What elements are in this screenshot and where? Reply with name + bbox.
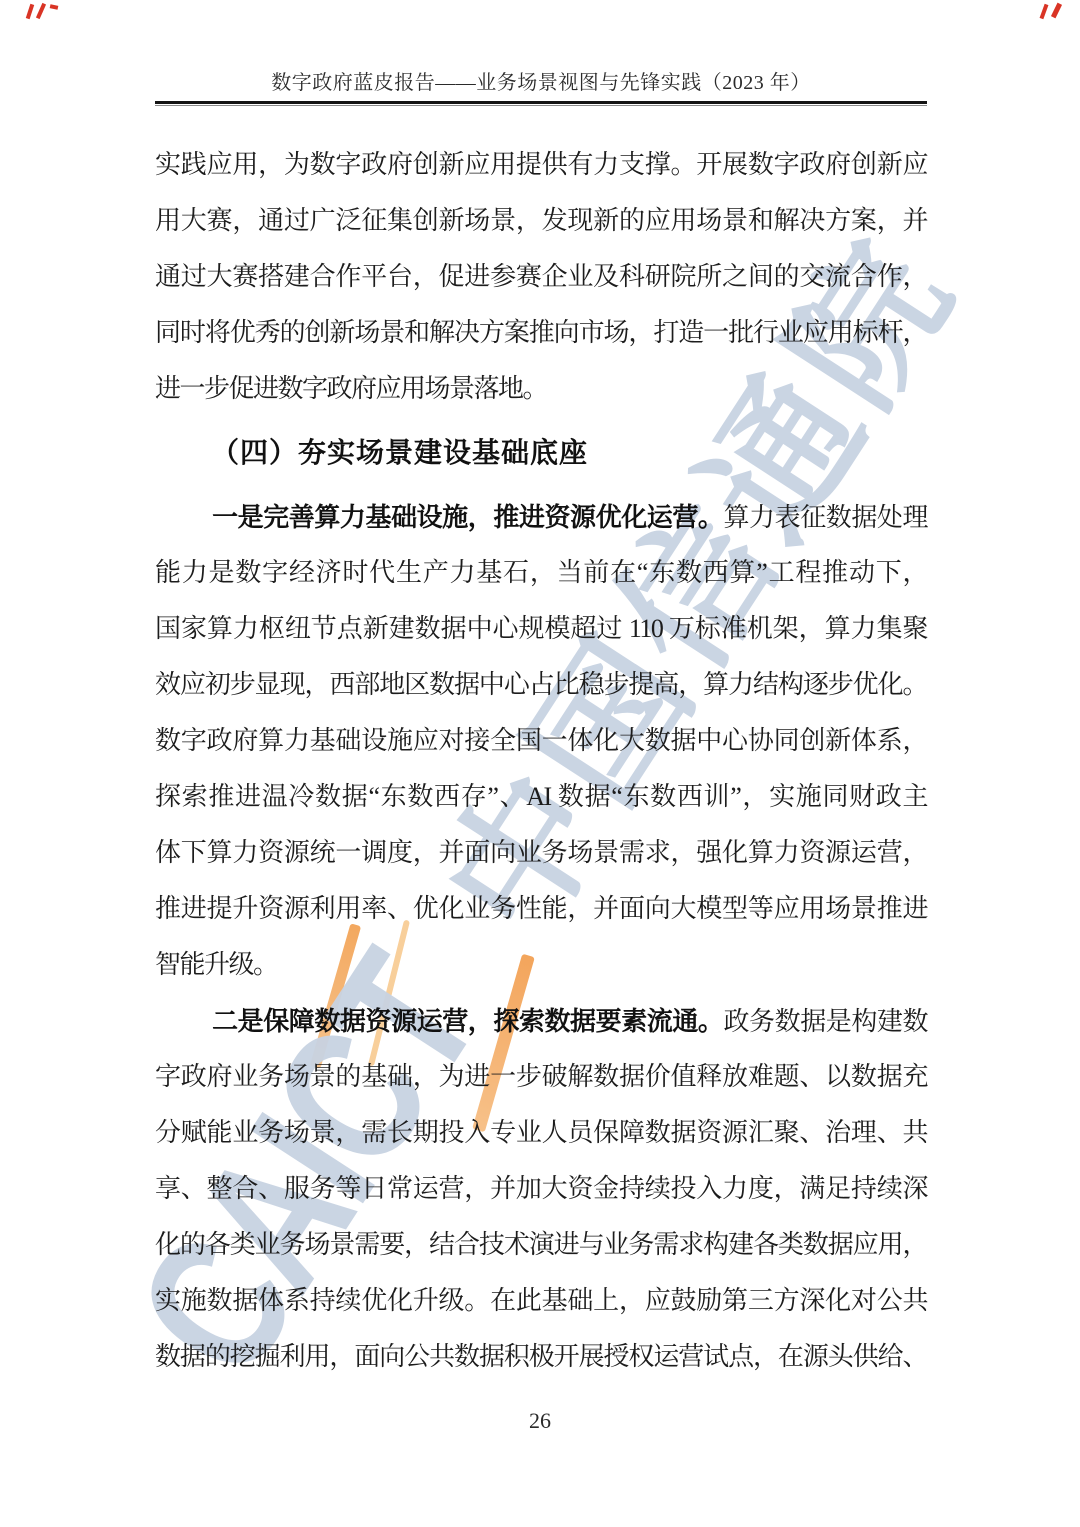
bold-lead-text: 一是完善算力基础设施，推进资源优化运营。 (211, 502, 723, 532)
section-heading: （四）夯实场景建设基础底座 (155, 425, 927, 481)
text-line: 化的各类业务场景需要，结合技术演进与业务需求构建各类数据应用， (155, 1217, 927, 1273)
body-text-segment: 体下算力资源统一调度，并面向业务场景需求，强化算力资源运营， (155, 838, 927, 867)
body-text-segment: 算力表征数据处理 (723, 503, 927, 532)
text-line: 分赋能业务场景，需长期投入专业人员保障数据资源汇聚、治理、共 (155, 1105, 927, 1161)
page-header: 数字政府蓝皮报告——业务场景视图与先锋实践（2023 年） (155, 68, 927, 106)
text-line: 进一步促进数字政府应用场景落地。 (155, 361, 927, 417)
text-line: 二是保障数据资源运营，探索数据要素流通。政务数据是构建数 (155, 993, 927, 1049)
text-line: 通过大赛搭建合作平台，促进参赛企业及科研院所之间的交流合作， (155, 249, 927, 305)
body-text-segment: 政务数据是构建数 (723, 1007, 927, 1036)
body-text-segment: 实施数据体系持续优化升级。在此基础上，应鼓励第三方深化对公共 (155, 1286, 927, 1315)
body-text-segment: 推进提升资源利用率、优化业务性能，并面向大模型等应用场景推进 (155, 894, 927, 923)
text-line: 智能升级。 (155, 937, 927, 993)
text-line: 国家算力枢纽节点新建数据中心规模超过 110 万标准机架，算力集聚 (155, 601, 927, 657)
bold-lead-text: （四）夯实场景建设基础底座 (211, 437, 588, 468)
body-text-segment: 同时将优秀的创新场景和解决方案推向市场，打造一批行业应用标杆， (155, 318, 927, 347)
text-line: 一是完善算力基础设施，推进资源优化运营。算力表征数据处理 (155, 489, 927, 545)
header-rule-shadow (155, 105, 927, 106)
red-corner-mark-right (1038, 3, 1070, 20)
text-line: 体下算力资源统一调度，并面向业务场景需求，强化算力资源运营， (155, 825, 927, 881)
body-text-segment: 国家算力枢纽节点新建数据中心规模超过 110 万标准机架，算力集聚 (155, 614, 927, 643)
text-line: 数据的挖掘利用，面向公共数据积极开展授权运营试点，在源头供给、 (155, 1329, 927, 1385)
text-line: 实施数据体系持续优化升级。在此基础上，应鼓励第三方深化对公共 (155, 1273, 927, 1329)
page-number: 26 (0, 1408, 1080, 1434)
body-text-segment: 字政府业务场景的基础，为进一步破解数据价值释放难题、以数据充 (155, 1062, 927, 1091)
body-text: 实践应用，为数字政府创新应用提供有力支撑。开展数字政府创新应用大赛，通过广泛征集… (155, 137, 927, 1385)
text-line: 字政府业务场景的基础，为进一步破解数据价值释放难题、以数据充 (155, 1049, 927, 1105)
document-page: { "page": { "header_title": "数字政府蓝皮报告——业… (0, 0, 1080, 1527)
body-text-segment: 探索推进温冷数据“东数西存”、AI 数据“东数西训”，实施同财政主 (155, 782, 927, 811)
body-text-segment: 用大赛，通过广泛征集创新场景，发现新的应用场景和解决方案，并 (155, 206, 927, 235)
header-rule (155, 101, 927, 104)
body-text-segment: 分赋能业务场景，需长期投入专业人员保障数据资源汇聚、治理、共 (155, 1118, 927, 1147)
body-text-segment: 智能升级。 (155, 950, 278, 979)
text-line: 效应初步显现，西部地区数据中心占比稳步提高，算力结构逐步优化。 (155, 657, 927, 713)
body-text-segment: 享、整合、服务等日常运营，并加大资金持续投入力度，满足持续深 (155, 1174, 927, 1203)
text-line: 推进提升资源利用率、优化业务性能，并面向大模型等应用场景推进 (155, 881, 927, 937)
text-line: 用大赛，通过广泛征集创新场景，发现新的应用场景和解决方案，并 (155, 193, 927, 249)
body-text-segment: 能力是数字经济时代生产力基石，当前在“东数西算”工程推动下， (155, 558, 927, 587)
text-line: 实践应用，为数字政府创新应用提供有力支撑。开展数字政府创新应 (155, 137, 927, 193)
body-text-segment: 效应初步显现，西部地区数据中心占比稳步提高，算力结构逐步优化。 (155, 670, 927, 699)
text-line: 能力是数字经济时代生产力基石，当前在“东数西算”工程推动下， (155, 545, 927, 601)
red-corner-mark-left (26, 3, 60, 21)
bold-lead-text: 二是保障数据资源运营，探索数据要素流通。 (211, 1006, 723, 1036)
body-text-segment: 实践应用，为数字政府创新应用提供有力支撑。开展数字政府创新应 (155, 150, 927, 179)
text-line: 同时将优秀的创新场景和解决方案推向市场，打造一批行业应用标杆， (155, 305, 927, 361)
text-line: 探索推进温冷数据“东数西存”、AI 数据“东数西训”，实施同财政主 (155, 769, 927, 825)
text-line: 享、整合、服务等日常运营，并加大资金持续投入力度，满足持续深 (155, 1161, 927, 1217)
body-text-segment: 数据的挖掘利用，面向公共数据积极开展授权运营试点，在源头供给、 (155, 1342, 927, 1371)
body-text-segment: 进一步促进数字政府应用场景落地。 (155, 374, 547, 403)
header-title: 数字政府蓝皮报告——业务场景视图与先锋实践（2023 年） (155, 68, 927, 98)
body-text-segment: 数字政府算力基础设施应对接全国一体化大数据中心协同创新体系， (155, 726, 927, 755)
text-line: 数字政府算力基础设施应对接全国一体化大数据中心协同创新体系， (155, 713, 927, 769)
body-text-segment: 通过大赛搭建合作平台，促进参赛企业及科研院所之间的交流合作， (155, 262, 927, 291)
body-text-segment: 化的各类业务场景需要，结合技术演进与业务需求构建各类数据应用， (155, 1230, 927, 1259)
